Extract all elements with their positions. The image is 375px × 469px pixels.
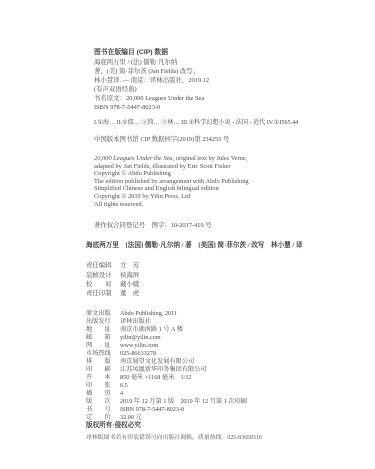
publication-value: 南京市湖南路 1 号 A 楼 bbox=[120, 326, 335, 334]
publication-row: 邮 箱yilin@yilin.com bbox=[86, 334, 335, 342]
credit-value: 董 虎 bbox=[120, 289, 335, 298]
publication-label: 原文出版 bbox=[86, 310, 120, 318]
publication-value: 025-86633278 bbox=[120, 350, 335, 358]
book-title-line: 海底两万里 [法国] 儒勒·凡尔纳 / 著 [美国] 简·菲尔茨 / 改写 林小… bbox=[86, 241, 335, 251]
copyright-registration-line: 著作权合同登记号 图字：10-2017-419 号 bbox=[94, 221, 335, 230]
page-footer: 版权所有·侵权必究 译林版图书若有印装错误可向出版社调换。质量热线：025-83… bbox=[86, 421, 355, 443]
english-copyright-line: Copyright © Abdo Publishing bbox=[94, 170, 335, 178]
publication-label: 版 次 bbox=[86, 398, 120, 406]
publication-row: 原文出版Abdo Publishing, 2011 bbox=[86, 310, 335, 318]
publication-row: 版 次2019 年 12 月第 1 版 2019 年 12 月第 1 次印刷 bbox=[86, 398, 335, 406]
english-copyright-line: Simplified Chinese and English bilingual… bbox=[94, 185, 335, 193]
credit-label: 校 对 bbox=[86, 280, 120, 289]
copyright-notice: 版权所有·侵权必究 bbox=[86, 421, 355, 431]
publication-value: 江苏凤凰新华印务集团有限公司 bbox=[120, 366, 335, 374]
cip-line: 林小慧译. — 南京：译林出版社，2019.12 bbox=[94, 76, 335, 85]
publication-label: 插 页 bbox=[86, 390, 120, 398]
credit-row: 责任编辑方 芳 bbox=[86, 261, 335, 270]
english-title-rest: , original text by Jules Verne, bbox=[173, 155, 248, 162]
publication-row: 地 址南京市湖南路 1 号 A 楼 bbox=[86, 326, 335, 334]
credit-value: 戴小娥 bbox=[120, 280, 335, 289]
english-copyright-line: Copyright © 2019 by Yilin Press, Ltd bbox=[94, 193, 335, 201]
publication-value: ISBN 978-7-5447-8023-0 bbox=[120, 406, 335, 414]
publication-value: 译林出版社 bbox=[120, 318, 335, 326]
english-copyright-line: The edition published by arrangement wit… bbox=[94, 178, 335, 186]
publication-label: 网 址 bbox=[86, 342, 120, 350]
publication-value: yilin@yilin.com bbox=[120, 334, 335, 342]
cip-line: 书名原文：20,000 Leagues Under the Sea bbox=[94, 94, 335, 103]
cip-heading: 图书在版编目 (CIP) 数据 bbox=[94, 48, 335, 58]
publication-row: 开 本850 毫米 ×1168 毫米 1/32 bbox=[86, 374, 335, 382]
publication-row: 排 版南京展望文化发展有限公司 bbox=[86, 358, 335, 366]
cip-line: 著；(美) 简·菲尔茨 (Jan Fields) 改写； bbox=[94, 67, 335, 76]
publication-label: 排 版 bbox=[86, 358, 120, 366]
english-copyright-line: adapted by Jan Fields, illustrated by Er… bbox=[94, 163, 335, 171]
publication-label: 出版发行 bbox=[86, 318, 120, 326]
credits-table: 责任编辑方 芳 装帧设计侯海屏 校 对戴小娥 责任印制董 虎 bbox=[86, 261, 335, 299]
credit-label: 责任印制 bbox=[86, 289, 120, 298]
english-copyright-block: 20,000 Leagues Under the Sea, original t… bbox=[94, 155, 335, 208]
publication-label: 地 址 bbox=[86, 326, 120, 334]
publication-value: Abdo Publishing, 2011 bbox=[120, 310, 335, 318]
credit-label: 装帧设计 bbox=[86, 271, 120, 280]
credit-row: 校 对戴小娥 bbox=[86, 280, 335, 289]
publication-value: 850 毫米 ×1168 毫米 1/32 bbox=[120, 374, 335, 382]
cip-line: (有声双语经典) bbox=[94, 85, 335, 94]
publication-value: 6.5 bbox=[120, 382, 335, 390]
cip-classification-line: I.①海… II.①儒… ②简… ③林… III.①科学幻想小说 - 法国 - … bbox=[94, 119, 335, 128]
publication-row: 书 号ISBN 978-7-5447-8023-0 bbox=[86, 406, 335, 414]
publication-row: 印 刷江苏凤凰新华印务集团有限公司 bbox=[86, 366, 335, 374]
publication-label: 书 号 bbox=[86, 406, 120, 414]
publication-value: 2019 年 12 月第 1 版 2019 年 12 月第 1 次印刷 bbox=[120, 398, 335, 406]
english-title-line: 20,000 Leagues Under the Sea, original t… bbox=[94, 155, 335, 163]
publication-label: 开 本 bbox=[86, 374, 120, 382]
cip-record-line: 中国版本图书馆 CIP 数据核字(2019)第 234255 号 bbox=[94, 135, 335, 144]
publication-label: 印 张 bbox=[86, 382, 120, 390]
credit-row: 装帧设计侯海屏 bbox=[86, 271, 335, 280]
cip-block: 图书在版编目 (CIP) 数据 海底两万里 / (法) 儒勒·凡尔纳 著；(美)… bbox=[94, 48, 335, 112]
publication-value: 4 bbox=[120, 390, 335, 398]
publication-value: www.yilin.com bbox=[120, 342, 335, 350]
publication-row: 出版发行译林出版社 bbox=[86, 318, 335, 326]
cip-isbn-line: ISBN 978-7-5447-8023-0 bbox=[94, 103, 335, 112]
cip-line: 海底两万里 / (法) 儒勒·凡尔纳 bbox=[94, 58, 335, 67]
credit-value: 侯海屏 bbox=[120, 271, 335, 280]
publication-row: 印 张6.5 bbox=[86, 382, 335, 390]
english-book-title: 20,000 Leagues Under the Sea bbox=[94, 155, 173, 162]
publication-row: 市场热线025-86633278 bbox=[86, 350, 335, 358]
credit-value: 方 芳 bbox=[120, 261, 335, 270]
credit-row: 责任印制董 虎 bbox=[86, 289, 335, 298]
publication-label: 邮 箱 bbox=[86, 334, 120, 342]
publication-value: 南京展望文化发展有限公司 bbox=[120, 358, 335, 366]
credit-label: 责任编辑 bbox=[86, 261, 120, 270]
publication-label: 市场热线 bbox=[86, 350, 120, 358]
publication-label: 印 刷 bbox=[86, 366, 120, 374]
page-content: 图书在版编目 (CIP) 数据 海底两万里 / (法) 儒勒·凡尔纳 著；(美)… bbox=[86, 48, 335, 422]
quality-hotline-line: 译林版图书若有印装错误可向出版社调换。质量热线：025-83658316 bbox=[86, 434, 355, 443]
english-copyright-line: All rights reserved. bbox=[94, 201, 335, 209]
publication-row: 插 页4 bbox=[86, 390, 335, 398]
colophon-page: 图书在版编目 (CIP) 数据 海底两万里 / (法) 儒勒·凡尔纳 著；(美)… bbox=[0, 0, 375, 469]
publication-row: 网 址www.yilin.com bbox=[86, 342, 335, 350]
publication-table: 原文出版Abdo Publishing, 2011 出版发行译林出版社 地 址南… bbox=[86, 310, 335, 422]
